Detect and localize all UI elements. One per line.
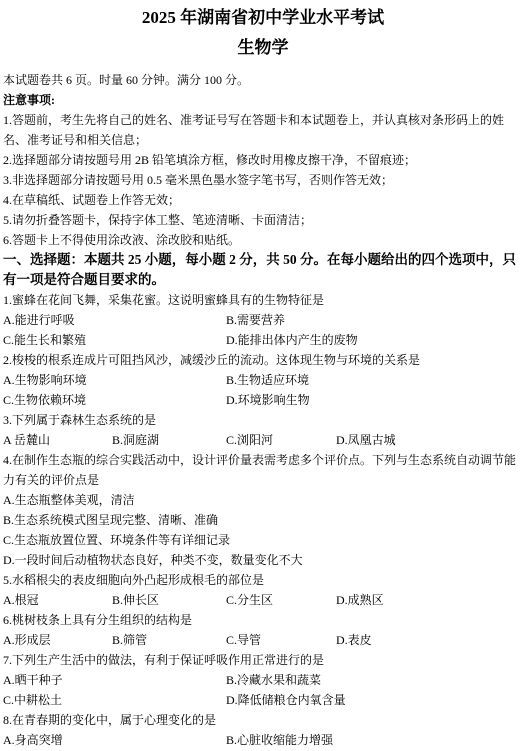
exam-title: 2025 年湖南省初中学业水平考试 (3, 8, 523, 28)
question-1-option-d: D.能排出体内产生的废物 (226, 330, 358, 350)
notice-item-1: 1.答题前，考生先将自己的姓名、准考证号写在答题卡和本试题卷上，并认真核对条形码… (3, 110, 523, 150)
question-2-stem: 2.梭梭的根系连成片可阻挡风沙，减缓沙丘的流动。这体现生物与环境的关系是 (3, 350, 523, 370)
question-5-option-d: D.成熟区 (336, 590, 384, 610)
question-7: 7.下列生产生活中的做法，有利于保证呼吸作用正常进行的是 A.晒干种子 B.冷藏… (3, 650, 523, 710)
question-3-option-row: A 岳麓山 B.洞庭湖 C.浏阳河 D.凤凰古城 (3, 430, 523, 450)
question-3: 3.下列属于森林生态系统的是 A 岳麓山 B.洞庭湖 C.浏阳河 D.凤凰古城 (3, 410, 523, 450)
notice-item-2: 2.选择题部分请按题号用 2B 铅笔填涂方框，修改时用橡皮擦干净，不留痕迹； (3, 150, 523, 170)
question-8-option-row-1: A.身高突增 B.心脏收缩能力增强 (3, 730, 523, 750)
question-7-option-a: A.晒干种子 (3, 670, 63, 690)
question-8-option-a: A.身高突增 (3, 730, 63, 750)
question-4-option-d: D.一段时间后动植物状态良好，种类不变，数量变化不大 (3, 550, 523, 570)
question-6: 6.桃树枝条上具有分生组织的结构是 A.形成层 B.筛管 C.导管 D.表皮 (3, 610, 523, 650)
question-3-option-a: A 岳麓山 (3, 430, 50, 450)
question-1-stem: 1.蜜蜂在花间飞舞，采集花蜜。这说明蜜蜂具有的生物特征是 (3, 290, 523, 310)
question-3-option-d: D.凤凰古城 (336, 430, 396, 450)
question-8: 8.在青春期的变化中，属于心理变化的是 A.身高突增 B.心脏收缩能力增强 (3, 710, 523, 750)
question-6-stem: 6.桃树枝条上具有分生组织的结构是 (3, 610, 523, 630)
question-3-option-b: B.洞庭湖 (112, 430, 159, 450)
question-7-stem: 7.下列生产生活中的做法，有利于保证呼吸作用正常进行的是 (3, 650, 523, 670)
question-8-option-b: B.心脏收缩能力增强 (226, 730, 333, 750)
notice-item-3: 3.非选择题部分请按题号用 0.5 毫米黑色墨水签字笔书写，否则作答无效； (3, 170, 523, 190)
question-2-option-row-1: A.生物影响环境 B.生物适应环境 (3, 370, 523, 390)
question-6-option-d: D.表皮 (336, 630, 372, 650)
question-4: 4.在制作生态瓶的综合实践活动中，设计评价量表需考虑多个评价点。下列与生态系统自… (3, 450, 523, 570)
question-2-option-c: C.生物依赖环境 (3, 390, 86, 410)
question-5-option-b: B.伸长区 (112, 590, 159, 610)
exam-subject: 生物学 (3, 38, 523, 58)
question-2-option-d: D.环境影响生物 (226, 390, 310, 410)
question-2-option-row-2: C.生物依赖环境 D.环境影响生物 (3, 390, 523, 410)
question-7-option-row-2: C.中耕松土 D.降低储粮仓内氧含量 (3, 690, 523, 710)
paper-meta: 本试题卷共 6 页。时量 60 分钟。满分 100 分。 (3, 70, 523, 90)
question-5: 5.水稻根尖的表皮细胞向外凸起形成根毛的部位是 A.根冠 B.伸长区 C.分生区… (3, 570, 523, 610)
question-4-option-c: C.生态瓶放置位置、环境条件等有详细记录 (3, 530, 523, 550)
question-5-option-a: A.根冠 (3, 590, 39, 610)
notice-item-5: 5.请勿折叠答题卡，保持字体工整、笔迹清晰、卡面清洁； (3, 210, 523, 230)
question-7-option-d: D.降低储粮仓内氧含量 (226, 690, 346, 710)
question-5-option-c: C.分生区 (226, 590, 273, 610)
question-6-option-row: A.形成层 B.筛管 C.导管 D.表皮 (3, 630, 523, 650)
question-4-option-a: A.生态瓶整体美观，清洁 (3, 490, 523, 510)
question-6-option-b: B.筛管 (112, 630, 147, 650)
question-1: 1.蜜蜂在花间飞舞，采集花蜜。这说明蜜蜂具有的生物特征是 A.能进行呼吸 B.需… (3, 290, 523, 350)
question-1-option-b: B.需要营养 (226, 310, 285, 330)
question-1-option-row-1: A.能进行呼吸 B.需要营养 (3, 310, 523, 330)
question-1-option-row-2: C.能生长和繁殖 D.能排出体内产生的废物 (3, 330, 523, 350)
question-6-option-c: C.导管 (226, 630, 261, 650)
exam-paper-page: 2025 年湖南省初中学业水平考试 生物学 本试题卷共 6 页。时量 60 分钟… (0, 0, 526, 751)
notice-heading: 注意事项: (3, 90, 523, 110)
question-1-option-c: C.能生长和繁殖 (3, 330, 86, 350)
notice-item-6: 6.答题卡上不得使用涂改液、涂改胶和贴纸。 (3, 230, 523, 250)
question-6-option-a: A.形成层 (3, 630, 51, 650)
question-3-option-c: C.浏阳河 (226, 430, 273, 450)
question-7-option-c: C.中耕松土 (3, 690, 62, 710)
question-1-option-a: A.能进行呼吸 (3, 310, 75, 330)
question-2-option-a: A.生物影响环境 (3, 370, 87, 390)
question-4-option-b: B.生态系统模式图呈现完整、清晰、准确 (3, 510, 523, 530)
notice-item-4: 4.在草稿纸、试题卷上作答无效； (3, 190, 523, 210)
question-5-option-row: A.根冠 B.伸长区 C.分生区 D.成熟区 (3, 590, 523, 610)
section-heading-multiple-choice: 一、选择题：本题共 25 小题，每小题 2 分，共 50 分。在每小题给出的四个… (3, 250, 523, 290)
question-2-option-b: B.生物适应环境 (226, 370, 309, 390)
question-3-stem: 3.下列属于森林生态系统的是 (3, 410, 523, 430)
question-5-stem: 5.水稻根尖的表皮细胞向外凸起形成根毛的部位是 (3, 570, 523, 590)
question-7-option-b: B.冷藏水果和蔬菜 (226, 670, 321, 690)
question-8-stem: 8.在青春期的变化中，属于心理变化的是 (3, 710, 523, 730)
question-2: 2.梭梭的根系连成片可阻挡风沙，减缓沙丘的流动。这体现生物与环境的关系是 A.生… (3, 350, 523, 410)
question-4-stem: 4.在制作生态瓶的综合实践活动中，设计评价量表需考虑多个评价点。下列与生态系统自… (3, 450, 523, 490)
question-7-option-row-1: A.晒干种子 B.冷藏水果和蔬菜 (3, 670, 523, 690)
